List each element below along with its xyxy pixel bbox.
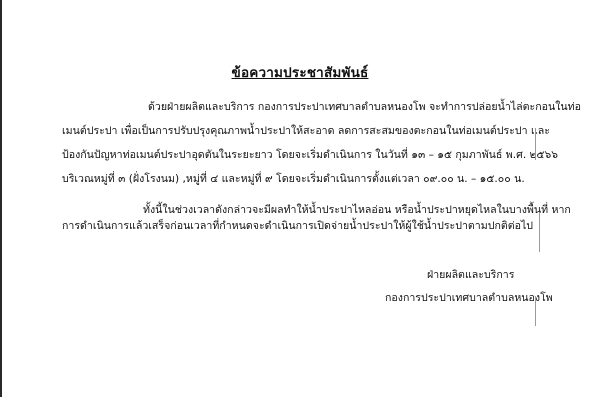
notice-document: ข้อความประชาสัมพันธ์ ด้วยฝ่ายผลิตและบริก… xyxy=(0,0,600,397)
signature-department: ฝ่ายผลิตและบริการ xyxy=(427,268,514,282)
scan-artifact-line xyxy=(539,212,540,252)
paragraph2-line2: การดำเนินการแล้วเสร็จก่อนเวลาที่กำหนดจะด… xyxy=(62,219,533,233)
scan-artifact-line xyxy=(535,128,536,160)
paragraph1-line1: ด้วยฝ่ายผลิตและบริการ กองการประปาเทศบาลต… xyxy=(148,100,581,114)
paragraph2-line1: ทั้งนี้ในช่วงเวลาดังกล่าวจะมีผลทำให้น้ำป… xyxy=(143,203,571,217)
scan-artifact-line xyxy=(535,296,536,326)
paragraph1-line3: ป้องกันปัญหาท่อเมนต์ประปาอุดตันในระยะยาว… xyxy=(62,148,558,162)
document-title: ข้อความประชาสัมพันธ์ xyxy=(0,61,600,83)
paragraph1-line2: เมนต์ประปา เพื่อเป็นการปรับปรุงคุณภาพน้ำ… xyxy=(62,124,550,138)
signature-organization: กองการประปาเทศบาลตำบลหนองโพ xyxy=(385,291,553,305)
paragraph1-line4: บริเวณหมู่ที่ ๓ (ฝั่งโรงนม) ,หมู่ที่ ๔ แ… xyxy=(62,172,525,186)
